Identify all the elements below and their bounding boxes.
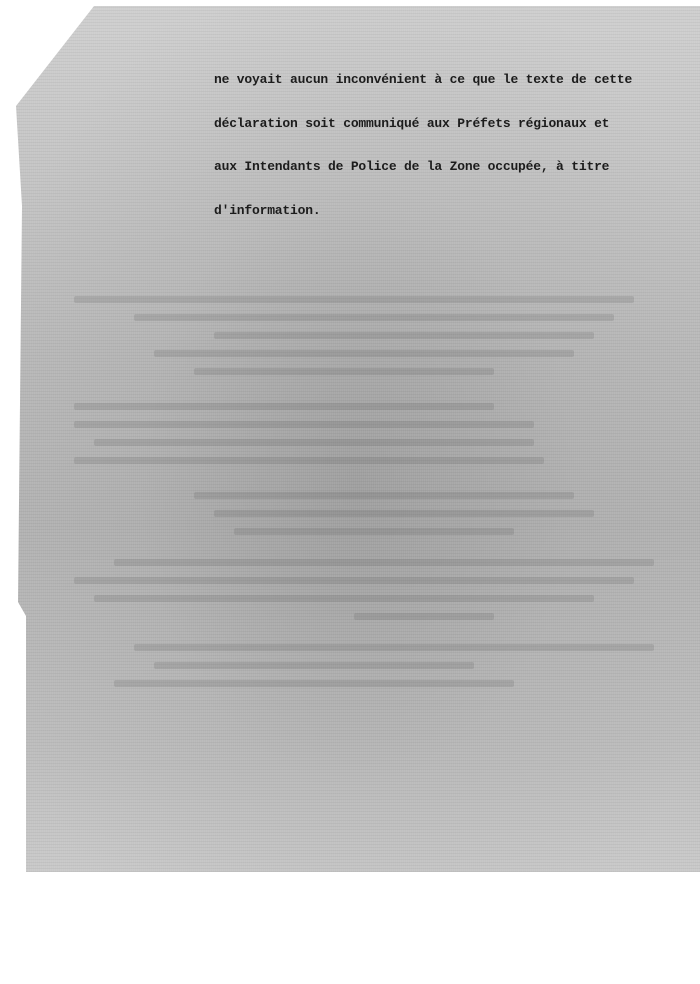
text-line: aux Intendants de Police de la Zone occu… — [214, 160, 694, 175]
bleed-through-text — [54, 296, 640, 792]
paragraph: ne voyait aucun inconvénient à ce que le… — [214, 44, 694, 233]
text-line: ne voyait aucun inconvénient à ce que le… — [214, 73, 694, 88]
text-line: d'information. — [214, 204, 694, 219]
text-line: déclaration soit communiqué aux Préfets … — [214, 117, 694, 132]
